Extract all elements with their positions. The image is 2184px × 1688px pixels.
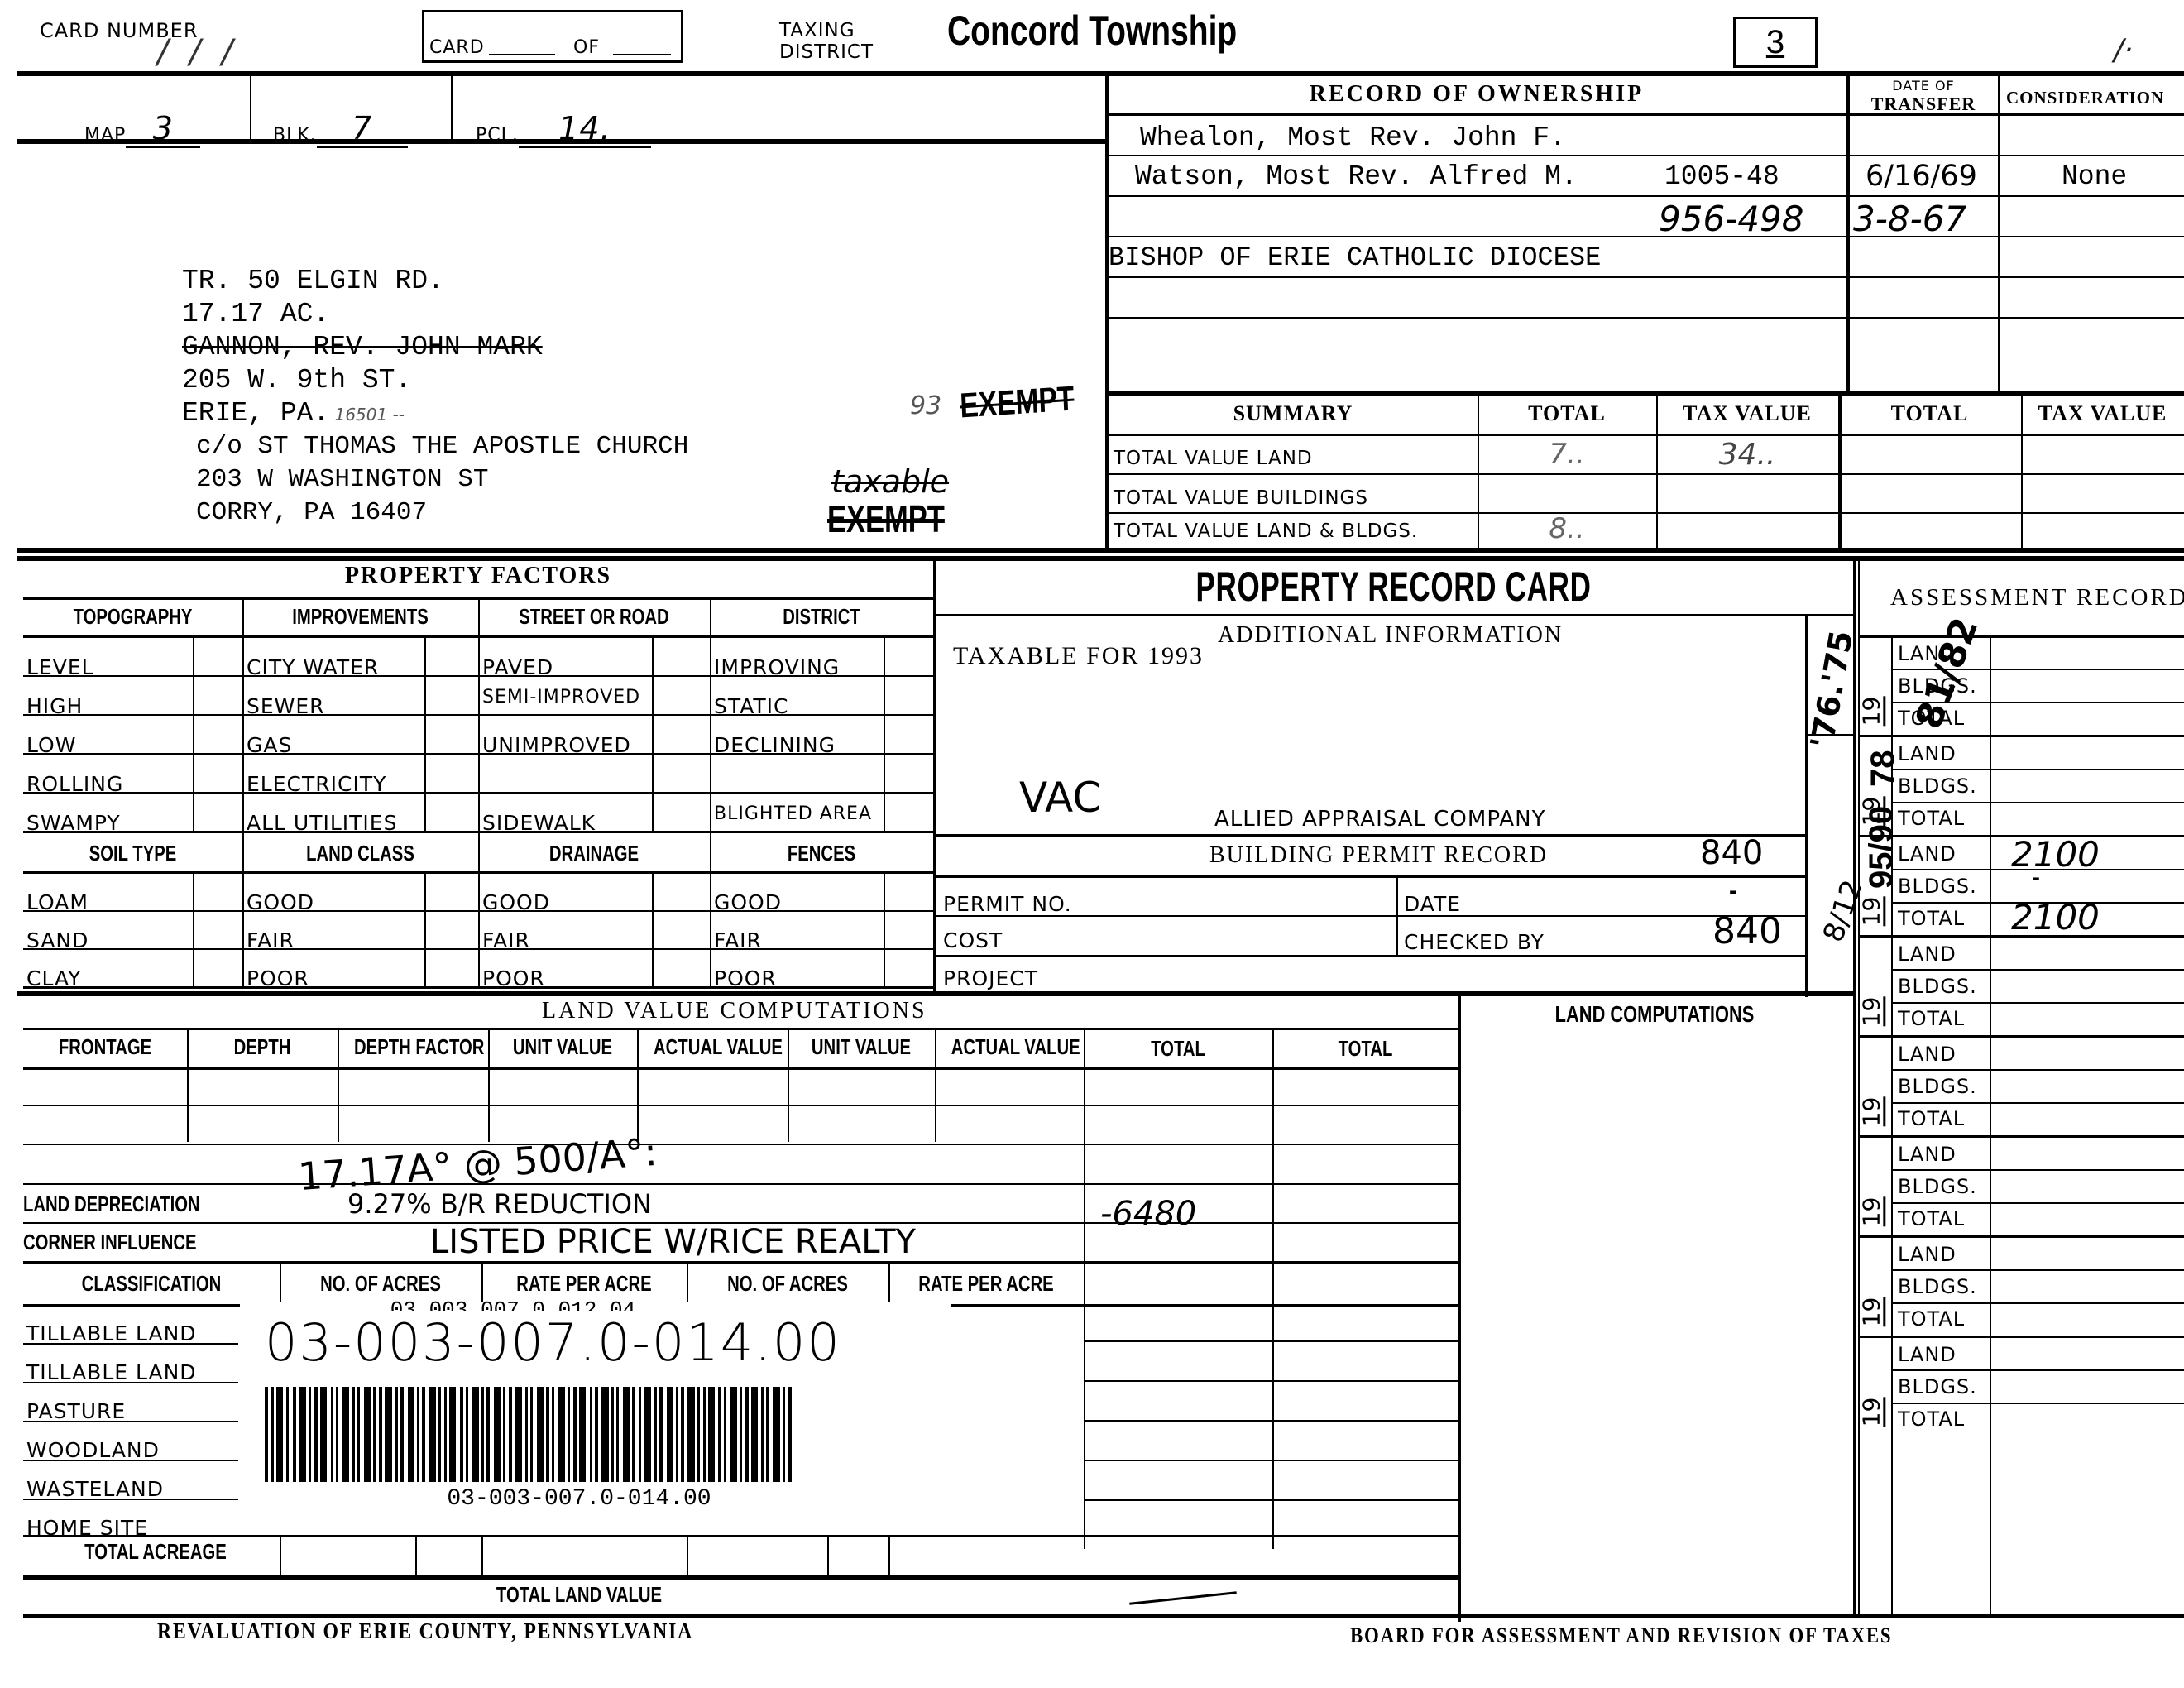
col-classification: CLASSIFICATION <box>51 1271 251 1297</box>
improvements-list: CITY WATERSEWERGASELECTRICITYALL UTILITI… <box>247 648 397 842</box>
summary-land-total: 7.. <box>1478 438 1656 471</box>
consideration-header: CONSIDERATION <box>2006 88 2164 108</box>
depreciation-total: -6480 <box>1100 1195 1196 1233</box>
topography-list: LEVELHIGHLOWROLLINGSWAMPY <box>26 648 123 842</box>
soil-type-header: SOIL TYPE <box>47 841 218 866</box>
improvements-header: IMPROVEMENTS <box>268 604 452 630</box>
map-field: MAP3 <box>84 112 200 150</box>
land-class-list: GOODFAIRPOOR <box>247 884 314 998</box>
assessment-block: LAND BLDGS. TOTAL 19 95/90 2100 - 2100 <box>1858 837 2184 938</box>
summary-row-label: TOTAL VALUE LAND & BLDGS. <box>1114 520 1418 542</box>
street-road-header: STREET OR ROAD <box>504 604 684 630</box>
summary-land-bldgs-total: 8.. <box>1478 512 1656 545</box>
classification-list: TILLABLE LANDTILLABLE LANDPASTUREWOODLAN… <box>26 1314 197 1547</box>
summary-col-tax-value-2: TAX VALUE <box>2021 401 2184 426</box>
taxable-note: TAXABLE FOR 1993 <box>953 642 1204 670</box>
divider <box>451 73 453 142</box>
ownership-row: BISHOP OF ERIE CATHOLIC DIOCESE <box>1109 237 2184 278</box>
fences-header: FENCES <box>735 841 909 866</box>
ownership-row: Watson, Most Rev. Alfred M. 1005-48 6/16… <box>1109 156 2184 197</box>
street-road-list: PAVED SEMI-IMPROVED UNIMPROVED SIDEWALK <box>482 648 648 842</box>
district-code-box: 3 <box>1733 17 1818 68</box>
taxing-district-value: Concord Township <box>947 7 1237 55</box>
ownership-row <box>1109 319 2184 357</box>
mailing-street: 203 W WASHINGTON ST <box>196 463 688 496</box>
assessment-land-value: 2100 <box>2011 834 2100 875</box>
col-no-of-acres-2: NO. OF ACRES <box>709 1271 866 1297</box>
col-actual-value: ACTUAL VALUE <box>654 1034 771 1060</box>
year-prefix: 19 <box>1860 1097 1885 1127</box>
col-actual-value-2: ACTUAL VALUE <box>951 1034 1067 1060</box>
total-land-value-label: TOTAL LAND VALUE <box>418 1582 740 1608</box>
year-prefix: 19 <box>1860 697 1885 727</box>
old-owner-address: 205 W. 9th ST. <box>182 364 543 397</box>
ownership-row: 956-498 3-8-67 <box>1109 197 2184 237</box>
assessment-blocks: LAND BLDGS. TOTAL 19 81/82 LAND BLDGS. T… <box>1858 637 2184 1436</box>
property-address-block: TR. 50 ELGIN RD. 17.17 AC. GANNON, REV. … <box>182 265 543 431</box>
property-acreage: 17.17 AC. <box>182 298 543 331</box>
rule <box>935 875 1805 878</box>
exempt-stamp-top: 93 EXEMPT <box>910 382 1088 422</box>
col-total: TOTAL <box>1104 1036 1252 1062</box>
blk-field: BLK.7 <box>273 112 408 150</box>
rule <box>935 614 1853 616</box>
rule <box>935 955 1805 957</box>
taxable-struck-note: taxable <box>831 463 949 500</box>
land-computations-title: LAND COMPUTATIONS <box>1506 1001 1803 1028</box>
rule <box>935 834 1805 837</box>
taxing-district-label: TAXING DISTRICT <box>779 20 887 63</box>
ownership-row: Whealon, Most Rev. John F. <box>1109 116 2184 156</box>
card-of-box: CARD OF <box>422 10 683 63</box>
header-rule <box>17 71 2184 76</box>
district-code: 3 <box>1736 24 1815 61</box>
topography-header: TOPOGRAPHY <box>47 604 218 630</box>
summary-title: SUMMARY <box>1109 401 1478 426</box>
col-unit-value-2: UNIT VALUE <box>804 1034 919 1060</box>
checked-by-value: 840 <box>1712 910 1782 952</box>
divider <box>250 73 251 142</box>
card-label: CARD <box>429 37 485 58</box>
mailing-city: CORRY, PA 16407 <box>196 496 688 530</box>
land-value-note-2: 9.27% B/R REDUCTION <box>347 1188 652 1220</box>
parcel-id-handwritten: 03-003-007.0-014.00 <box>265 1312 841 1373</box>
appraiser-name: ALLIED APPRAISAL COMPANY <box>1214 807 1545 832</box>
cost-label: COST <box>943 928 1003 952</box>
fences-list: GOODFAIRPOOR <box>714 884 782 998</box>
side-note-years: '76.'75 <box>1803 628 1860 751</box>
of-label: OF <box>573 37 600 58</box>
corner-mark: /· <box>2114 33 2134 67</box>
assessment-total-value: 2100 <box>2011 897 2100 938</box>
checked-by-label: CHECKED BY <box>1404 930 1545 954</box>
property-factors-title: PROPERTY FACTORS <box>23 563 933 589</box>
col-depth: DEPTH <box>204 1034 321 1060</box>
drainage-header: DRAINAGE <box>504 841 684 866</box>
total-land-value-dash <box>1129 1591 1237 1605</box>
barcode-label: 03 003 007.0 012.04 03-003-007.0-014.00 … <box>240 1302 951 1518</box>
summary-col-tax-value: TAX VALUE <box>1656 401 1838 426</box>
year-prefix: 19 <box>1860 1197 1885 1227</box>
assessment-block: LANDBLDGS.TOTAL 19 <box>1858 1038 2184 1138</box>
ownership-row <box>1109 278 2184 319</box>
property-location: TR. 50 ELGIN RD. <box>182 265 543 298</box>
record-card-title: PROPERTY RECORD CARD <box>935 563 1853 611</box>
divider <box>1458 993 1461 1622</box>
assessment-block: LANDBLDGS.TOTAL 19 <box>1858 1238 2184 1338</box>
assessment-block: LANDBLDGS.TOTAL 19 <box>1858 1338 2184 1436</box>
assessment-left-border <box>1853 556 1856 1615</box>
land-value-header-row: FRONTAGE DEPTH DEPTH FACTOR UNIT VALUE A… <box>23 1029 1458 1129</box>
rule <box>1805 734 1853 736</box>
barcode <box>265 1387 918 1482</box>
summary-col-total-2: TOTAL <box>1838 401 2021 426</box>
parcel-id-printed-top: 03 003 007.0 012.04 <box>240 1297 786 1311</box>
land-value-note-3: LISTED PRICE W/RICE REALTY <box>430 1223 916 1261</box>
col-rate-per-acre: RATE PER ACRE <box>504 1271 663 1297</box>
year-note: 81/82 <box>1908 612 1986 735</box>
assessment-bldgs-value: - <box>2032 864 2040 892</box>
year-note: 95/90 <box>1863 806 1900 889</box>
permit-note: 840 <box>1700 834 1763 872</box>
divider <box>933 556 936 995</box>
summary-land-tax-value: 34.. <box>1656 438 1838 472</box>
year-note: 78 <box>1865 750 1902 788</box>
pcl-field: PCL.14. <box>476 112 699 150</box>
year-prefix: 19 <box>1860 1398 1885 1427</box>
rule <box>23 1535 1458 1537</box>
district-list: IMPROVINGSTATICDECLINING BLIGHTED AREA <box>714 648 879 823</box>
year-prefix: 19 <box>1860 1297 1885 1327</box>
drainage-list: GOODFAIRPOOR <box>482 884 550 998</box>
vac-note: VAC <box>1019 774 1101 822</box>
assessment-block: LANDBLDGS.TOTAL 19 <box>1858 1138 2184 1238</box>
parcel-id-printed-bottom: 03-003-007.0-014.00 <box>240 1486 918 1506</box>
old-owner-name: GANNON, REV. JOHN MARK <box>182 331 543 364</box>
old-owner-city: ERIE, PA. 16501 -- <box>182 397 543 431</box>
land-depreciation-label: LAND DEPRECIATION <box>23 1192 200 1217</box>
card-number-value: / / / <box>157 33 232 71</box>
ownership-title: RECORD OF OWNERSHIP <box>1109 81 1845 108</box>
summary-row-label: TOTAL VALUE LAND <box>1114 448 1313 469</box>
year-prefix: 19 <box>1860 997 1885 1027</box>
divider <box>1805 616 1808 997</box>
assessment-title: ASSESSMENT RECORD <box>1890 584 2184 611</box>
land-value-title: LAND VALUE COMPUTATIONS <box>542 998 927 1024</box>
col-depth-factor: DEPTH FACTOR <box>354 1034 472 1060</box>
date-of-transfer-header: DATE OF TRANSFER <box>1850 78 1997 115</box>
rule <box>935 915 1805 917</box>
soil-type-list: LOAMSANDCLAY <box>26 884 89 998</box>
assessment-block: LAND BLDGS. TOTAL 19 78 <box>1858 737 2184 837</box>
classification-header-row: CLASSIFICATION NO. OF ACRES RATE PER ACR… <box>23 1263 1084 1302</box>
rule <box>17 991 1853 996</box>
summary-col-total: TOTAL <box>1478 401 1656 426</box>
total-acreage-label: TOTAL ACREAGE <box>52 1539 259 1565</box>
permit-date-label: DATE <box>1404 892 1461 916</box>
footer-right: BOARD FOR ASSESSMENT AND REVISION OF TAX… <box>1350 1623 1892 1648</box>
ownership-rows: Whealon, Most Rev. John F. Watson, Most … <box>1109 116 2184 357</box>
year-prefix: 19 <box>1860 897 1885 927</box>
rule <box>23 1575 1458 1580</box>
care-of: c/o ST THOMAS THE APOSTLE CHURCH <box>196 430 688 463</box>
additional-info-title: ADDITIONAL INFORMATION <box>1218 622 1563 649</box>
project-label: PROJECT <box>943 966 1038 990</box>
col-no-of-acres: NO. OF ACRES <box>302 1271 459 1297</box>
col-frontage: FRONTAGE <box>41 1034 169 1060</box>
land-class-header: LAND CLASS <box>268 841 452 866</box>
permit-no-label: PERMIT NO. <box>943 892 1072 916</box>
rule <box>17 139 1107 144</box>
assessment-block: LAND BLDGS. TOTAL 19 81/82 <box>1858 637 2184 737</box>
summary-table: SUMMARY TOTAL TAX VALUE TOTAL TAX VALUE … <box>1109 395 2184 548</box>
district-header: DISTRICT <box>735 604 909 630</box>
rule <box>23 1067 1458 1070</box>
corner-influence-label: CORNER INFLUENCE <box>23 1230 197 1255</box>
rule <box>17 548 2184 553</box>
assessment-block: LANDBLDGS.TOTAL 19 <box>1858 938 2184 1038</box>
col-rate-per-acre-2: RATE PER ACRE <box>910 1271 1062 1297</box>
col-unit-value: UNIT VALUE <box>505 1034 620 1060</box>
footer-left: REVALUATION OF ERIE COUNTY, PENNSYLVANIA <box>157 1618 693 1644</box>
col-total-2: TOTAL <box>1293 1036 1439 1062</box>
building-permit-title: BUILDING PERMIT RECORD <box>1209 842 1548 869</box>
permit-date-value: - <box>1729 877 1737 905</box>
summary-row-label: TOTAL VALUE BUILDINGS <box>1114 487 1368 509</box>
mailing-address-block: c/o ST THOMAS THE APOSTLE CHURCH 203 W W… <box>196 430 688 530</box>
exempt-stamp-bottom: EXEMPT <box>827 496 945 541</box>
